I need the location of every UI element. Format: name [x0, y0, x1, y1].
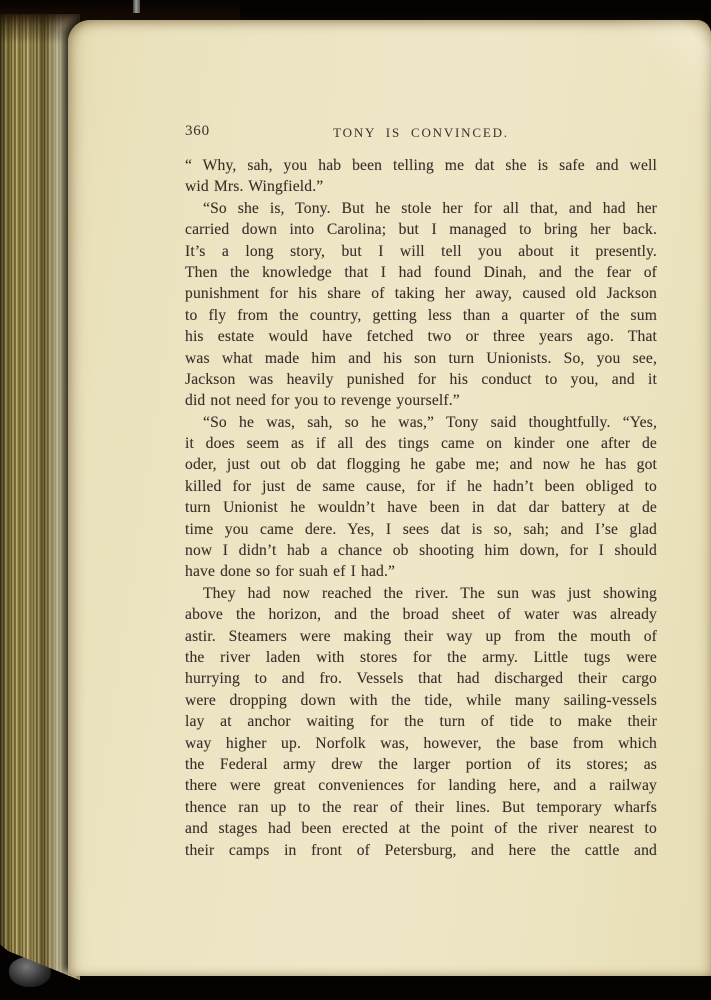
text-line: “So she is, Tony. But he stole her for a… — [185, 198, 657, 219]
text-line: thence ran up to the rear of their lines… — [185, 797, 657, 818]
text-line: wid Mrs. Wingfield.” — [185, 176, 657, 197]
body-text: “ Why, sah, you hab been telling me dat … — [185, 155, 657, 861]
text-line: Jackson was heavily punished for his con… — [185, 369, 657, 390]
scanned-photo-background: 360 TONY IS CONVINCED. “ Why, sah, you h… — [0, 0, 711, 1000]
text-line: killed for just de same cause, for if he… — [185, 476, 657, 497]
text-line: did not need for you to revenge yourself… — [185, 390, 657, 411]
text-line: way higher up. Norfolk was, however, the… — [185, 733, 657, 754]
text-line: It’s a long story, but I will tell you a… — [185, 241, 657, 262]
page-content: 360 TONY IS CONVINCED. “ Why, sah, you h… — [185, 20, 657, 861]
text-line: to fly from the country, getting less th… — [185, 305, 657, 326]
text-line: lay at anchor waiting for the turn of ti… — [185, 711, 657, 732]
text-line: Then the knowledge that I had found Dina… — [185, 262, 657, 283]
text-line: They had now reached the river. The sun … — [185, 583, 657, 604]
text-line: it does seem as if all des tings came on… — [185, 433, 657, 454]
text-line: the river laden with stores for the army… — [185, 647, 657, 668]
text-line: were dropping down with the tide, while … — [185, 690, 657, 711]
text-line: “ Why, sah, you hab been telling me dat … — [185, 155, 657, 176]
text-line: was what made him and his son turn Union… — [185, 348, 657, 369]
text-line: hurrying to and fro. Vessels that had di… — [185, 668, 657, 689]
paragraph: “ Why, sah, you hab been telling me dat … — [185, 155, 657, 198]
page-header: 360 TONY IS CONVINCED. — [185, 123, 657, 141]
text-line: and stages had been erected at the point… — [185, 818, 657, 839]
text-line: time you came dere. Yes, I sees dat is s… — [185, 519, 657, 540]
running-title: TONY IS CONVINCED. — [185, 125, 657, 141]
text-line: punishment for his share of taking her a… — [185, 283, 657, 304]
text-line: their camps in front of Petersburg, and … — [185, 840, 657, 861]
scanner-artifact-mark — [133, 0, 140, 13]
text-line: the Federal army drew the larger portion… — [185, 754, 657, 775]
text-line: above the horizon, and the broad sheet o… — [185, 604, 657, 625]
text-line: his estate would have fetched two or thr… — [185, 326, 657, 347]
book-page: 360 TONY IS CONVINCED. “ Why, sah, you h… — [68, 20, 711, 976]
text-line: turn Unionist he wouldn’t have been in d… — [185, 497, 657, 518]
text-line: “So he was, sah, so he was,” Tony said t… — [185, 412, 657, 433]
text-line: carried down into Carolina; but I manage… — [185, 219, 657, 240]
text-line: now I didn’t hab a chance ob shooting hi… — [185, 540, 657, 561]
text-line: astir. Steamers were making their way up… — [185, 626, 657, 647]
text-line: oder, just out ob dat flogging he gabe m… — [185, 454, 657, 475]
text-line: there were great conveniences for landin… — [185, 775, 657, 796]
paragraph: “So she is, Tony. But he stole her for a… — [185, 198, 657, 412]
paragraph: They had now reached the river. The sun … — [185, 583, 657, 861]
paragraph: “So he was, sah, so he was,” Tony said t… — [185, 412, 657, 583]
text-line: have done so for suah ef I had.” — [185, 561, 657, 582]
